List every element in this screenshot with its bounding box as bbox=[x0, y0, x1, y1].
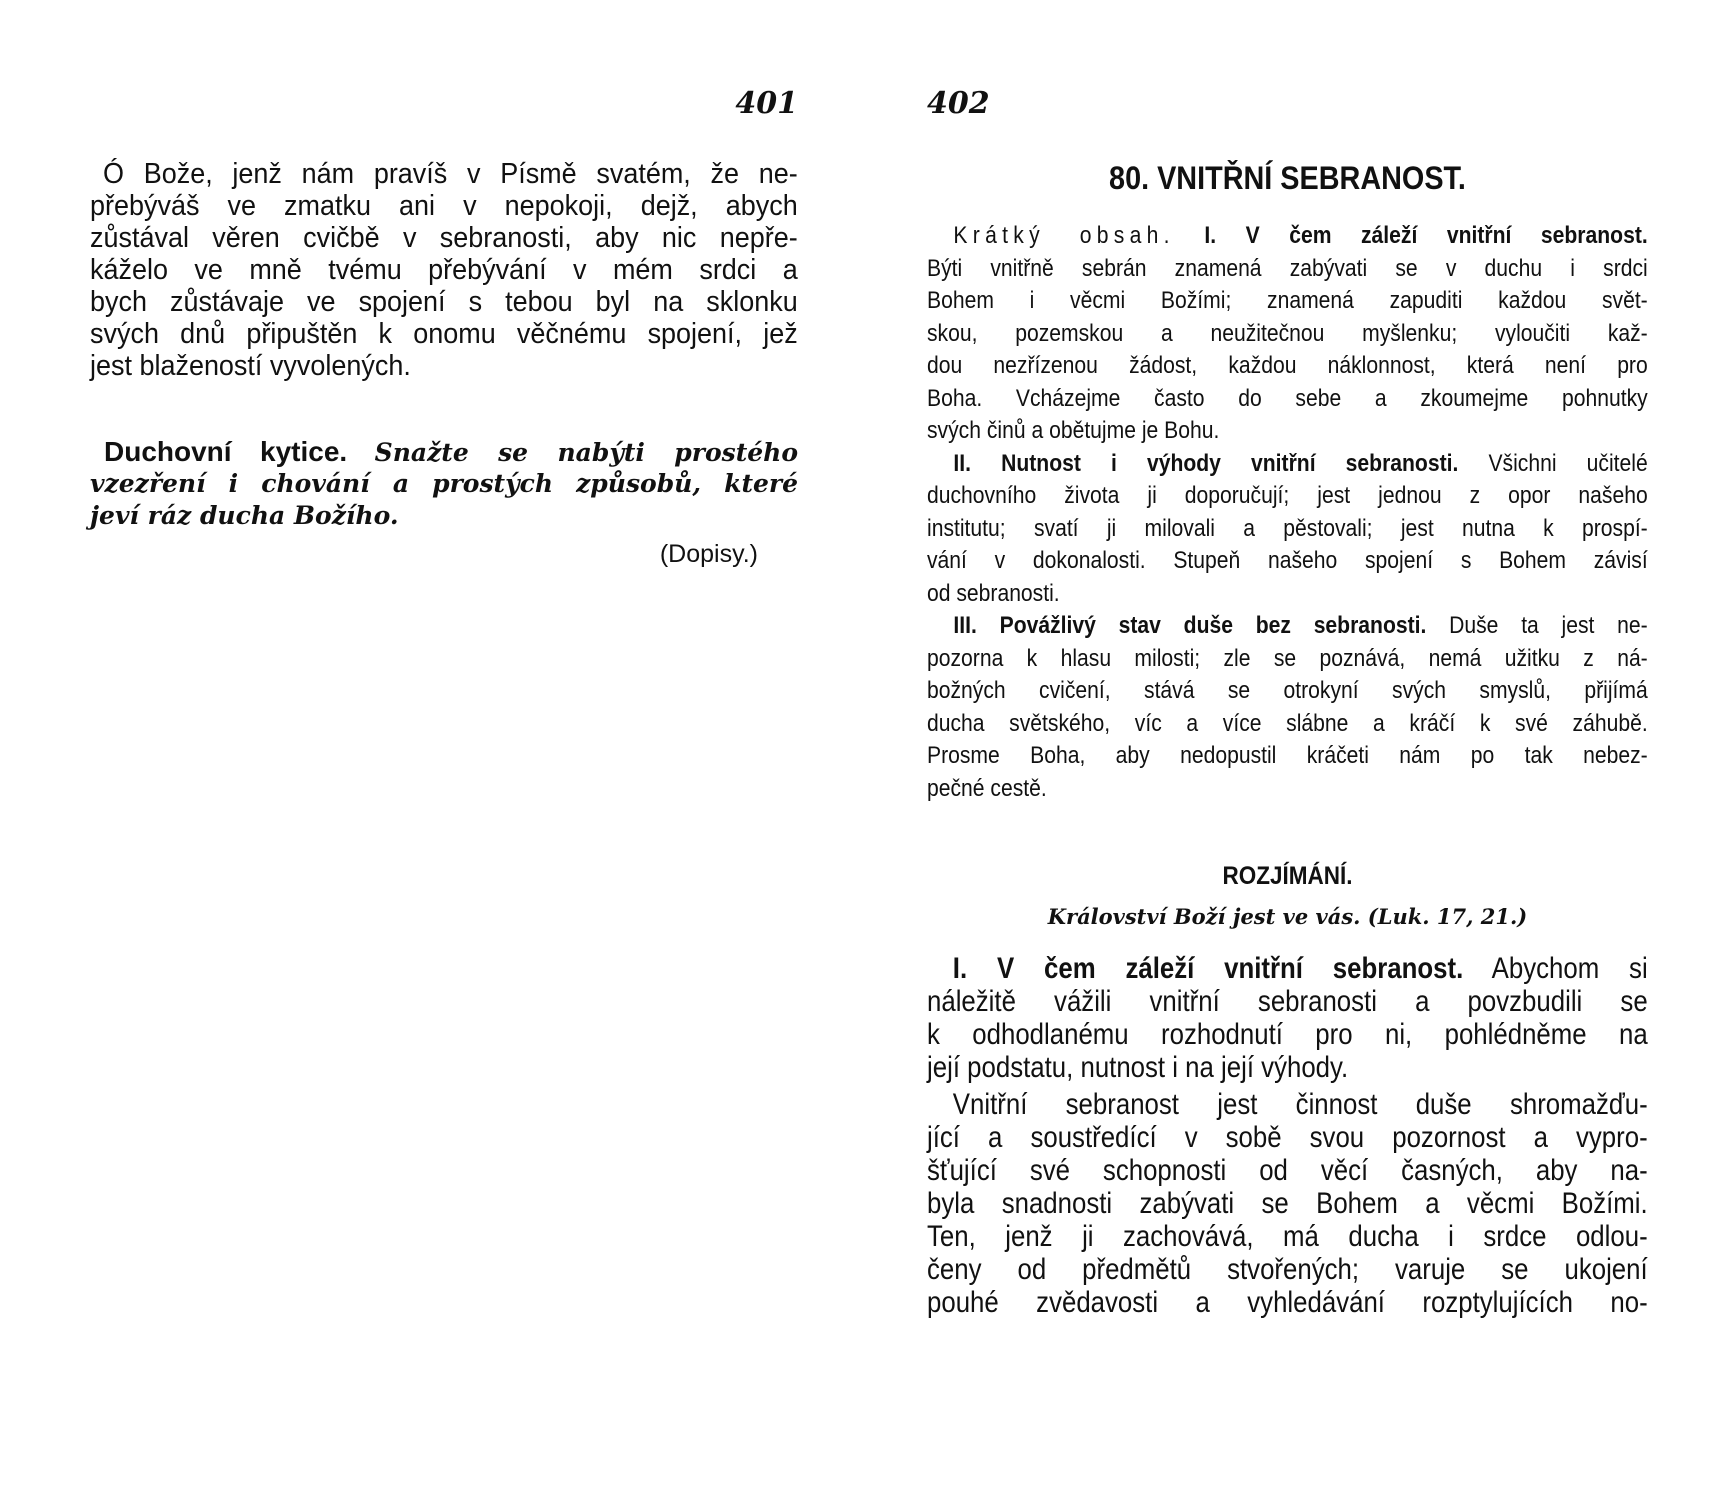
summary-line: pečné cestě. bbox=[927, 773, 1648, 806]
prayer-line: svých dnů připuštěn k onomu věčnému spoj… bbox=[90, 318, 798, 350]
meditation-line: Vnitřní sebranost jest činnost duše shro… bbox=[927, 1088, 1648, 1121]
bouquet-line: Duchovní kytice. Snažte se nabýti prosté… bbox=[90, 436, 798, 468]
prayer-line: přebýváš ve zmatku ani v nepokoji, dejž,… bbox=[90, 190, 798, 222]
summary-line: Boha. Vcházejme často do sebe a zkoumejm… bbox=[927, 383, 1648, 416]
summary-line: III. Povážlivý stav duše bez sebranosti.… bbox=[927, 610, 1648, 643]
summary-label: Krátký obsah. bbox=[953, 222, 1174, 249]
bouquet-text: Snažte se nabýti prostého bbox=[375, 438, 798, 467]
summary-heading-3: III. Povážlivý stav duše bez sebranosti. bbox=[953, 612, 1426, 639]
meditation-line: Ten, jenž ji zachovává, má ducha i srdce… bbox=[927, 1220, 1648, 1253]
prayer-line: bych zůstávaje ve spojení s tebou byl na… bbox=[90, 286, 798, 318]
closing-prayer: Ó Bože, jenž nám pravíš v Písmě svatém, … bbox=[90, 158, 798, 382]
bouquet-line: vzezření i chování a prostých způsobů, k… bbox=[90, 468, 798, 500]
meditation-point-heading: I. V čem záleží vnitřní sebranost. bbox=[953, 952, 1463, 985]
bouquet-title: Duchovní kytice. bbox=[104, 436, 347, 467]
short-summary: Krátký obsah. I. V čem záleží vnitřní se… bbox=[927, 220, 1648, 805]
summary-line: duchovního života ji doporučují; jest je… bbox=[927, 480, 1648, 513]
prayer-line: zůstával věren cvičbě v sebranosti, aby … bbox=[90, 222, 798, 254]
meditation-title: ROZJÍMÁNÍ. bbox=[963, 862, 1612, 891]
bouquet-source: (Dopisy.) bbox=[660, 540, 758, 569]
meditation-body: I. V čem záleží vnitřní sebranost. Abych… bbox=[927, 952, 1648, 1319]
meditation-line: jící a soustředící v sobě svou pozornost… bbox=[927, 1121, 1648, 1154]
meditation-line: pouhé zvědavosti a vyhledávání rozptyluj… bbox=[927, 1286, 1648, 1319]
summary-line: pozorna k hlasu milosti; zle se poznává,… bbox=[927, 643, 1648, 676]
chapter-title: 80. VNITŘNÍ SEBRANOST. bbox=[963, 160, 1612, 197]
summary-heading-2: II. Nutnost i výhody vnitřní sebranosti. bbox=[953, 450, 1458, 477]
meditation-line: k odhodlanému rozhodnutí pro ni, pohlédn… bbox=[927, 1018, 1648, 1051]
page-number-left: 401 bbox=[735, 86, 798, 121]
spiritual-bouquet: Duchovní kytice. Snažte se nabýti prosté… bbox=[90, 436, 798, 532]
summary-line: božných cvičení, stává se otrokyní svých… bbox=[927, 675, 1648, 708]
meditation-line: I. V čem záleží vnitřní sebranost. Abych… bbox=[927, 952, 1648, 985]
page-number-right: 402 bbox=[927, 86, 990, 121]
prayer-line: jest blažeností vyvolených. bbox=[90, 350, 798, 382]
meditation-line: náležitě vážili vnitřní sebranosti a pov… bbox=[927, 985, 1648, 1018]
bouquet-line: jeví ráz ducha Božího. bbox=[90, 500, 798, 532]
summary-line: skou, pozemskou a neužitečnou myšlenku; … bbox=[927, 318, 1648, 351]
summary-line: svých činů a obětujme je Bohu. bbox=[927, 415, 1648, 448]
meditation-text: Abychom si bbox=[1492, 952, 1648, 985]
summary-line: Býti vnitřně sebrán znamená zabývati se … bbox=[927, 253, 1648, 286]
summary-line: dou nezřízenou žádost, každou náklonnost… bbox=[927, 350, 1648, 383]
prayer-line: káželo ve mně tvému přebývání v mém srdc… bbox=[90, 254, 798, 286]
scripture-motto: Království Boží jest ve vás. (Luk. 17, 2… bbox=[927, 904, 1648, 929]
summary-line: vání v dokonalosti. Stupeň našeho spojen… bbox=[927, 545, 1648, 578]
meditation-line: čeny od předmětů stvořených; varuje se u… bbox=[927, 1253, 1648, 1286]
summary-heading-1: I. V čem záleží vnitřní sebranost. bbox=[1204, 222, 1647, 249]
summary-text: Všichni učitelé bbox=[1488, 450, 1647, 477]
meditation-line: šťující své schopnosti od věcí časných, … bbox=[927, 1154, 1648, 1187]
summary-line: institutu; svatí ji milovali a pěstovali… bbox=[927, 513, 1648, 546]
meditation-line: byla snadnosti zabývati se Bohem a věcmi… bbox=[927, 1187, 1648, 1220]
summary-line: Bohem i věcmi Božími; znamená zapuditi k… bbox=[927, 285, 1648, 318]
summary-line: ducha světského, víc a více slábne a krá… bbox=[927, 708, 1648, 741]
summary-line: od sebranosti. bbox=[927, 578, 1648, 611]
summary-text: Duše ta jest ne- bbox=[1449, 612, 1648, 639]
summary-line: Prosme Boha, aby nedopustil kráčeti nám … bbox=[927, 740, 1648, 773]
summary-line: II. Nutnost i výhody vnitřní sebranosti.… bbox=[927, 448, 1648, 481]
summary-line: Krátký obsah. I. V čem záleží vnitřní se… bbox=[927, 220, 1648, 253]
meditation-line: její podstatu, nutnost i na její výhody. bbox=[927, 1051, 1648, 1084]
prayer-line: Ó Bože, jenž nám pravíš v Písmě svatém, … bbox=[90, 158, 798, 190]
